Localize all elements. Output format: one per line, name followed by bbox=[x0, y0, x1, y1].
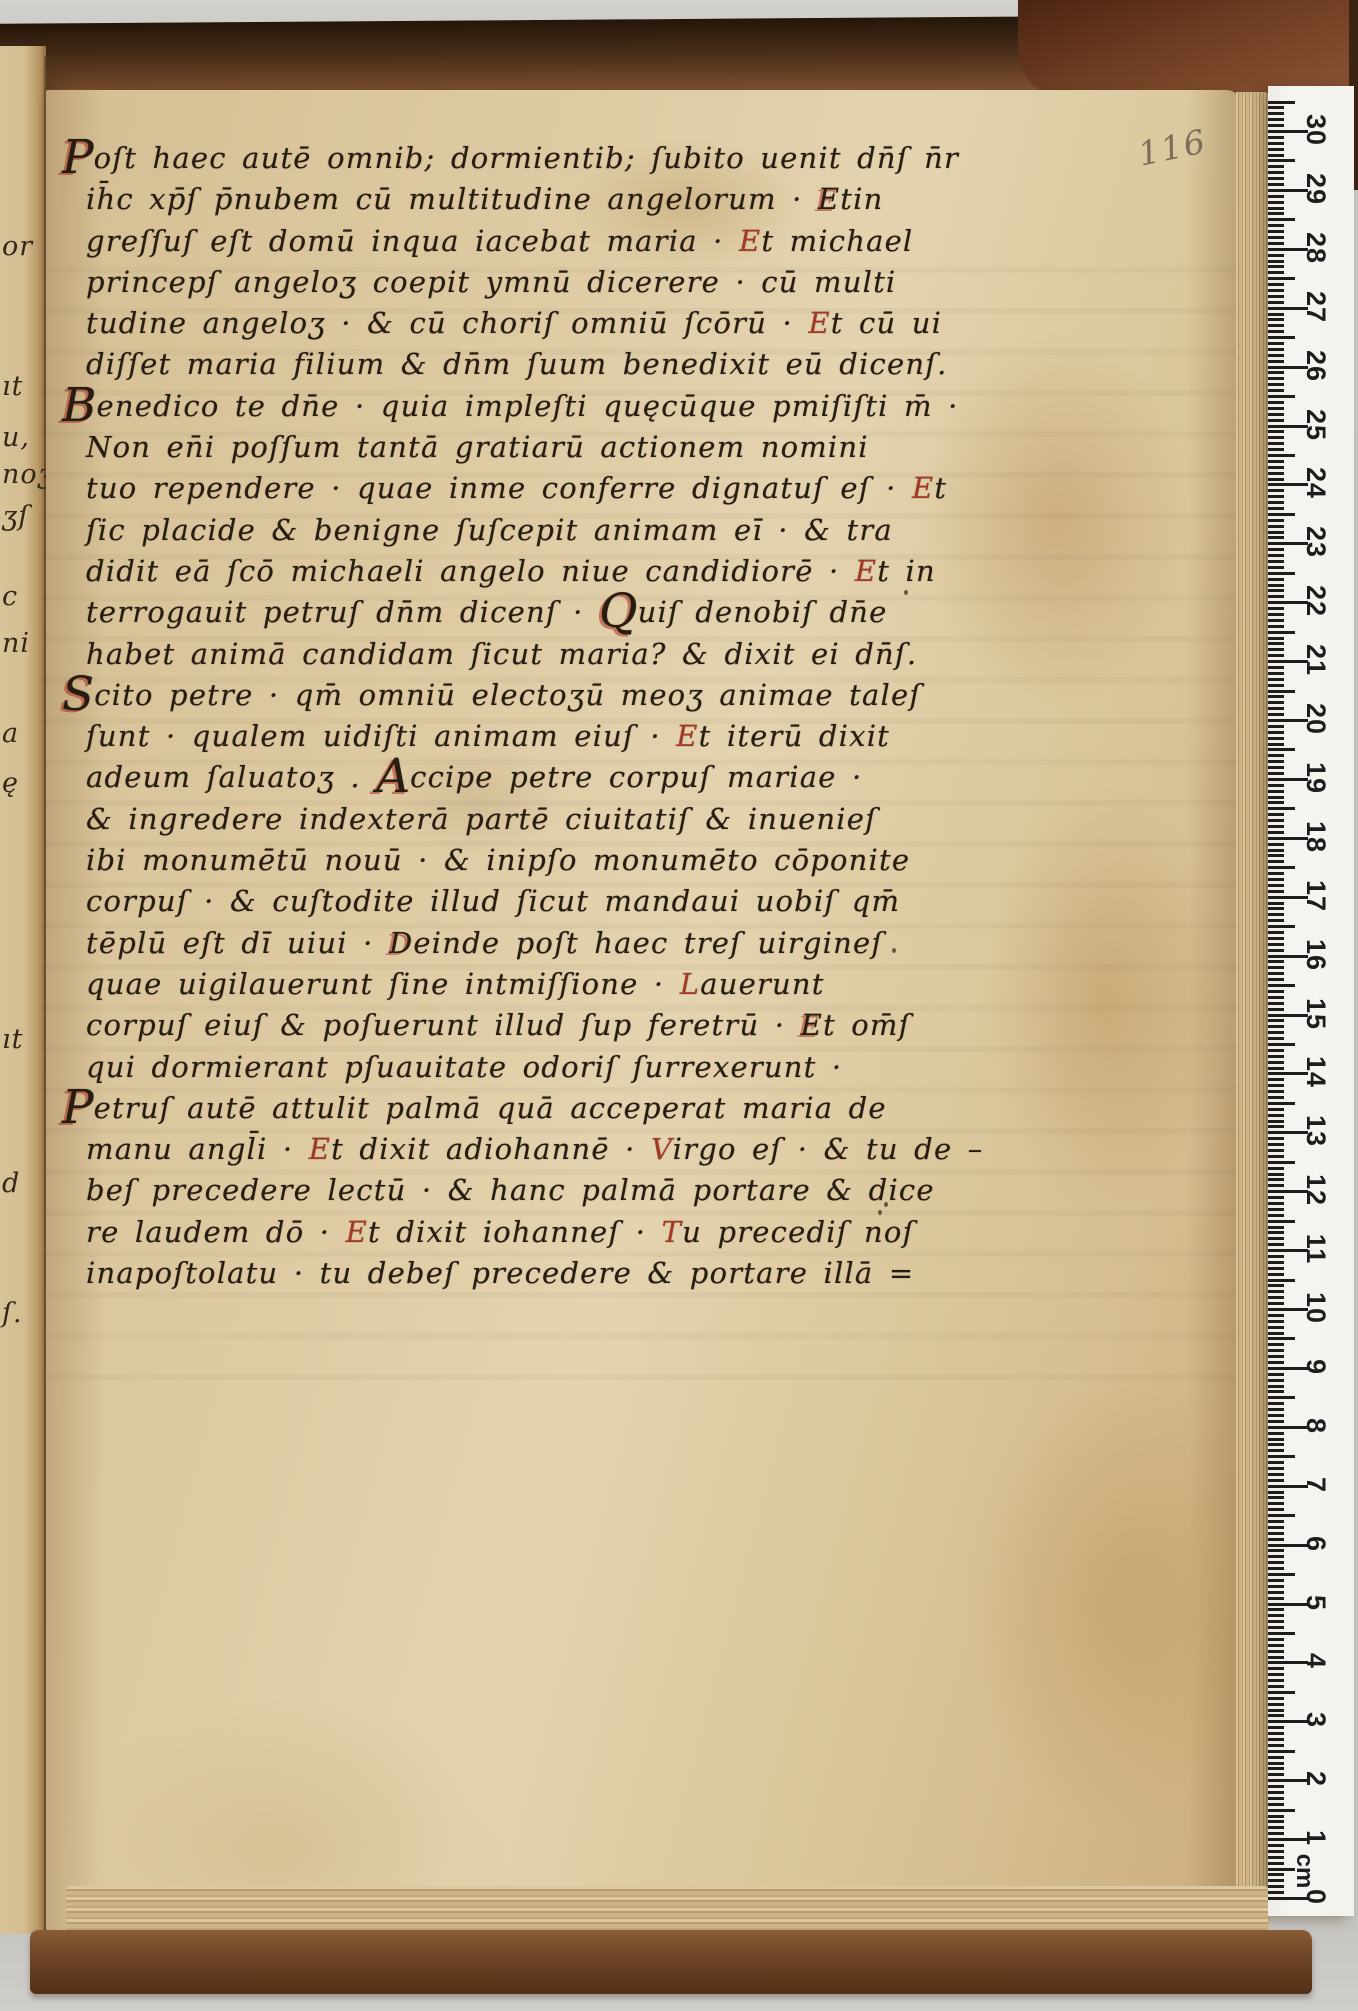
ruler-tick bbox=[1268, 348, 1284, 351]
text-segment: didit eā ſcō michaeli angelo niue candid… bbox=[86, 554, 855, 588]
ruler-number: 17 bbox=[1303, 874, 1329, 918]
ruler-tick bbox=[1268, 1067, 1284, 1070]
text-line: Non en̄i poſſum tantā gratiarū actionem … bbox=[62, 427, 992, 468]
ruler-tick bbox=[1268, 1844, 1284, 1847]
ruler-tick bbox=[1268, 813, 1284, 816]
ruler-tick bbox=[1268, 1408, 1284, 1411]
text-segment: princepſ angeloʒ coepit ymnū dicerere · … bbox=[86, 265, 896, 299]
ruler-tick bbox=[1268, 1361, 1284, 1364]
ruler-tick bbox=[1268, 183, 1284, 186]
ruler-tick bbox=[1268, 849, 1284, 852]
ruler-tick bbox=[1268, 1414, 1284, 1417]
facing-page-fragment: ıt bbox=[2, 371, 24, 402]
ruler-tick bbox=[1268, 554, 1284, 557]
ruler-tick bbox=[1268, 1231, 1284, 1234]
ruler-tick bbox=[1268, 289, 1284, 292]
ruler-tick bbox=[1268, 1379, 1284, 1382]
ruler-tick bbox=[1268, 489, 1284, 492]
ruler-tick bbox=[1268, 283, 1284, 286]
ruler-tick bbox=[1268, 548, 1284, 551]
ruler-tick bbox=[1268, 1491, 1284, 1494]
text-line: tudine angeloʒ · & cū choriſ omniū ſcōrū… bbox=[62, 303, 992, 344]
ruler-tick bbox=[1268, 931, 1284, 934]
ruler-tick bbox=[1268, 843, 1284, 846]
facing-page-fragment: d bbox=[2, 1168, 20, 1199]
ruler-tick bbox=[1268, 1809, 1295, 1812]
ruler-tick bbox=[1268, 430, 1284, 433]
text-segment: tin bbox=[840, 182, 883, 216]
text-segment: L bbox=[680, 967, 700, 1001]
ruler-tick bbox=[1268, 566, 1284, 569]
text-line: manu angl̄i · Et dixit adiohannē · Virgo… bbox=[62, 1129, 992, 1170]
facing-page-fragment: ſ. bbox=[2, 1298, 23, 1329]
ruler-tick bbox=[1268, 454, 1295, 457]
facing-page-fragment: ıt bbox=[2, 1024, 24, 1055]
text-line: quae uigilauerunt ſine intmiſſione · Lau… bbox=[62, 964, 992, 1005]
text-segment: D bbox=[389, 926, 413, 960]
ruler-tick bbox=[1268, 1461, 1284, 1464]
ruler-tick bbox=[1268, 236, 1284, 239]
ruler-tick bbox=[1268, 1102, 1295, 1105]
text-segment: auerunt bbox=[700, 967, 824, 1001]
ruler-tick bbox=[1268, 330, 1284, 333]
facing-page-fragment: ę bbox=[2, 768, 19, 799]
ruler-tick bbox=[1268, 831, 1284, 834]
text-line: Petruſ autē attulit palmā quā acceperat … bbox=[62, 1088, 992, 1129]
ruler-number: 29 bbox=[1303, 167, 1329, 211]
text-line: ſic placide & benigne ſuſcepit animam eī… bbox=[62, 510, 992, 551]
ruler-tick bbox=[1268, 1237, 1284, 1240]
ruler-tick bbox=[1268, 701, 1284, 704]
ruler-tick bbox=[1268, 966, 1284, 969]
ruler-tick bbox=[1268, 301, 1284, 304]
ruler-tick bbox=[1268, 466, 1284, 469]
text-segment: etruſ autē attulit palmā quā acceperat m… bbox=[94, 1091, 887, 1125]
ruler-tick bbox=[1268, 642, 1284, 645]
ruler-tick bbox=[1268, 1420, 1284, 1423]
ruler-number: 16 bbox=[1303, 933, 1329, 977]
ruler-tick bbox=[1268, 1143, 1284, 1146]
ruler-tick bbox=[1268, 560, 1284, 563]
ruler-tick bbox=[1268, 613, 1284, 616]
ruler-tick bbox=[1268, 1573, 1295, 1576]
ruler-tick bbox=[1268, 177, 1284, 180]
ruler-tick bbox=[1268, 978, 1284, 981]
ruler-tick bbox=[1268, 878, 1284, 881]
ruler-tick bbox=[1268, 1738, 1284, 1741]
text-segment: E bbox=[676, 719, 698, 753]
ruler-tick bbox=[1268, 1520, 1284, 1523]
ruler-tick bbox=[1268, 1402, 1284, 1405]
text-segment: T bbox=[662, 1215, 683, 1249]
ruler-tick bbox=[1268, 1597, 1284, 1600]
initial-letter: S bbox=[62, 667, 94, 722]
ruler-tick bbox=[1268, 772, 1284, 775]
text-segment: tuo rependere · quae inme conferre digna… bbox=[86, 471, 912, 505]
ruler-tick bbox=[1268, 171, 1284, 174]
ruler-tick bbox=[1268, 1155, 1284, 1158]
ruler-number: 25 bbox=[1303, 403, 1329, 447]
text-line: qui dormierant pſuauitate odoriſ ſurrexe… bbox=[62, 1047, 992, 1088]
text-segment: t michael bbox=[761, 224, 913, 258]
ruler-tick bbox=[1268, 960, 1284, 963]
ruler-tick bbox=[1268, 1114, 1284, 1117]
text-segment: E bbox=[346, 1215, 368, 1249]
ruler-tick bbox=[1268, 1626, 1284, 1629]
ruler-tick bbox=[1268, 1296, 1284, 1299]
ruler-tick bbox=[1268, 1025, 1284, 1028]
ruler-tick bbox=[1268, 1120, 1284, 1123]
ruler-tick bbox=[1268, 666, 1284, 669]
ruler-tick bbox=[1268, 1255, 1284, 1258]
ruler-number: 8 bbox=[1303, 1404, 1329, 1448]
ruler-number: 6 bbox=[1303, 1522, 1329, 1566]
facing-page-fragment: u, bbox=[2, 422, 30, 453]
ruler-tick bbox=[1268, 159, 1295, 162]
ruler-tick bbox=[1268, 1561, 1284, 1564]
ruler-tick bbox=[1268, 1549, 1284, 1552]
facing-page-fragment: ni bbox=[2, 628, 30, 659]
ruler-tick bbox=[1268, 519, 1284, 522]
text-segment: Non en̄i poſſum tantā gratiarū actionem … bbox=[86, 430, 869, 464]
ruler-tick bbox=[1268, 1667, 1284, 1670]
ruler-tick bbox=[1268, 1037, 1284, 1040]
initial-letter: P bbox=[62, 1080, 94, 1135]
ruler-tick bbox=[1268, 1396, 1295, 1399]
ruler-tick bbox=[1268, 925, 1295, 928]
ruler-tick bbox=[1268, 860, 1284, 863]
text-line: tuo rependere · quae inme conferre digna… bbox=[62, 468, 992, 509]
ruler-number: 19 bbox=[1303, 756, 1329, 800]
ruler-tick bbox=[1268, 584, 1284, 587]
ruler-tick bbox=[1268, 1438, 1284, 1441]
ruler-tick bbox=[1268, 684, 1284, 687]
ruler-tick bbox=[1268, 1656, 1284, 1659]
ruler-tick bbox=[1268, 436, 1284, 439]
ruler-tick bbox=[1268, 419, 1284, 422]
ruler-tick bbox=[1268, 1620, 1284, 1623]
ruler-tick bbox=[1268, 1514, 1295, 1517]
facing-page-sliver: orıtu,noʒʒſcniaęıtdſ. bbox=[0, 46, 46, 1934]
ruler-number: 4 bbox=[1303, 1639, 1329, 1683]
ruler-tick bbox=[1268, 501, 1284, 504]
ruler-tick bbox=[1268, 1008, 1284, 1011]
ruler-number: 13 bbox=[1303, 1109, 1329, 1153]
ruler-tick bbox=[1268, 1043, 1295, 1046]
ruler-tick bbox=[1268, 1773, 1284, 1776]
text-segment: t bbox=[934, 471, 947, 505]
ruler-tick bbox=[1268, 672, 1284, 675]
initial-letter: A bbox=[376, 749, 410, 804]
ruler-tick bbox=[1268, 637, 1284, 640]
ruler-tick bbox=[1268, 607, 1284, 610]
ruler-tick bbox=[1268, 1614, 1284, 1617]
ruler-tick bbox=[1268, 1502, 1284, 1505]
text-segment: corpuſ · & cuſtodite illud ſicut mandaui… bbox=[86, 884, 900, 918]
ruler-tick bbox=[1268, 1791, 1284, 1794]
ruler-tick bbox=[1268, 1332, 1284, 1335]
ruler-tick bbox=[1268, 277, 1295, 280]
ruler-tick bbox=[1268, 1273, 1284, 1276]
ruler-tick bbox=[1268, 1084, 1284, 1087]
ruler-tick bbox=[1268, 1644, 1284, 1647]
ruler-tick bbox=[1268, 1555, 1284, 1558]
ruler-tick bbox=[1268, 1567, 1284, 1570]
ruler-number: 23 bbox=[1303, 520, 1329, 564]
text-line: beſ precedere lectū · & hanc palmā porta… bbox=[62, 1170, 992, 1211]
ruler-number: 18 bbox=[1303, 815, 1329, 859]
ruler-number: 14 bbox=[1303, 1050, 1329, 1094]
text-segment: E bbox=[801, 1008, 823, 1042]
ruler-tick bbox=[1268, 360, 1284, 363]
ruler-tick bbox=[1268, 972, 1284, 975]
ruler-tick bbox=[1268, 1220, 1295, 1223]
ruler-tick bbox=[1268, 371, 1284, 374]
ruler-tick bbox=[1268, 1756, 1284, 1759]
ruler-tick bbox=[1268, 1496, 1284, 1499]
ruler-tick bbox=[1268, 1167, 1284, 1170]
ruler-tick bbox=[1268, 996, 1284, 999]
ruler-tick bbox=[1268, 207, 1284, 210]
ruler-tick bbox=[1268, 1349, 1284, 1352]
initial-letter: B bbox=[62, 378, 97, 433]
ruler-tick bbox=[1268, 902, 1284, 905]
ruler-tick bbox=[1268, 1302, 1284, 1305]
ruler-tick bbox=[1268, 1608, 1284, 1611]
ruler-tick bbox=[1268, 990, 1284, 993]
text-segment: re laudem dō · bbox=[86, 1215, 346, 1249]
text-segment: einde poſt haec treſ uirgineſ bbox=[413, 926, 883, 960]
text-segment: inapoſtolatu · tu debeſ precedere & port… bbox=[86, 1256, 914, 1290]
ruler-number: 27 bbox=[1303, 285, 1329, 329]
ruler-tick bbox=[1268, 1532, 1284, 1535]
text-segment: ih̄c xp̄ſ p̄nubem cū multitudine angelor… bbox=[86, 182, 818, 216]
ruler-tick bbox=[1268, 460, 1284, 463]
text-line: re laudem dō · Et dixit iohanneſ · Tu pr… bbox=[62, 1212, 992, 1253]
ruler-tick bbox=[1268, 1019, 1284, 1022]
ruler-tick bbox=[1268, 124, 1284, 127]
facing-page-fragment: c bbox=[2, 581, 18, 612]
ruler-tick bbox=[1268, 1390, 1284, 1393]
text-segment: adeum ſaluatoʒ . bbox=[86, 760, 376, 794]
ruler-tick bbox=[1268, 413, 1284, 416]
text-segment: corpuſ eiuſ & poſuerunt illud ſup feretr… bbox=[86, 1008, 801, 1042]
ruler-tick bbox=[1268, 690, 1295, 693]
text-segment: E bbox=[309, 1132, 331, 1166]
text-line: adeum ſaluatoʒ . Accipe petre corpuſ mar… bbox=[62, 757, 992, 798]
ink-speck bbox=[904, 590, 908, 595]
ruler-cm-label: cm bbox=[1292, 1849, 1316, 1893]
ruler-tick bbox=[1268, 254, 1284, 257]
ruler-tick bbox=[1268, 619, 1284, 622]
text-segment: V bbox=[651, 1132, 673, 1166]
ruler-tick bbox=[1268, 937, 1284, 940]
ruler-tick bbox=[1268, 1591, 1284, 1594]
ruler-tick bbox=[1268, 212, 1284, 215]
initial-letter: P bbox=[62, 130, 94, 185]
facing-page-fragment: a bbox=[2, 718, 19, 749]
ruler-tick bbox=[1268, 106, 1284, 109]
ruler-tick bbox=[1268, 1279, 1295, 1282]
text-segment: oſt haec autē omnib; dormientib; ſubito … bbox=[94, 141, 959, 175]
ruler-tick bbox=[1268, 943, 1284, 946]
ruler-tick bbox=[1268, 790, 1284, 793]
ruler-tick bbox=[1268, 342, 1284, 345]
ruler-tick bbox=[1268, 165, 1284, 168]
ruler-tick bbox=[1268, 737, 1284, 740]
text-segment: ſic placide & benigne ſuſcepit animam eī… bbox=[86, 513, 893, 547]
ruler-tick bbox=[1268, 801, 1284, 804]
ruler-tick bbox=[1268, 531, 1284, 534]
ruler-tick bbox=[1268, 377, 1284, 380]
ruler-tick bbox=[1268, 224, 1284, 227]
text-line: & ingredere indexterā partē ciuitatiſ & … bbox=[62, 799, 992, 840]
text-segment: ſunt · qualem uidiſti animam eiuſ · bbox=[86, 719, 676, 753]
ruler-tick bbox=[1268, 1632, 1295, 1635]
ruler-tick bbox=[1268, 1373, 1284, 1376]
ruler-tick bbox=[1268, 819, 1284, 822]
ruler-tick bbox=[1268, 513, 1295, 516]
ruler-tick bbox=[1268, 1196, 1284, 1199]
text-line: Scito petre · qm̄ omniū electoʒū meoʒ an… bbox=[62, 675, 992, 716]
text-line: ih̄c xp̄ſ p̄nubem cū multitudine angelor… bbox=[62, 179, 992, 220]
ruler-tick bbox=[1268, 1832, 1284, 1835]
text-segment: qui dormierant pſuauitate odoriſ ſurrexe… bbox=[86, 1050, 842, 1084]
text-line: corpuſ eiuſ & poſuerunt illud ſup feretr… bbox=[62, 1005, 992, 1046]
ruler-tick bbox=[1268, 949, 1284, 952]
ruler-tick bbox=[1268, 1856, 1284, 1859]
text-segment: t iterū dixit bbox=[699, 719, 890, 753]
ruler-tick bbox=[1268, 731, 1284, 734]
ruler-tick bbox=[1268, 1108, 1284, 1111]
ruler-tick bbox=[1268, 1826, 1284, 1829]
ruler-number: 9 bbox=[1303, 1345, 1329, 1389]
text-segment: terrogauit petruſ dn̄m dicenſ · bbox=[86, 595, 599, 629]
ruler-tick bbox=[1268, 1432, 1284, 1435]
ruler-tick bbox=[1268, 1732, 1284, 1735]
ruler-tick bbox=[1268, 1149, 1284, 1152]
ruler-tick bbox=[1268, 1579, 1284, 1582]
ruler-tick bbox=[1268, 1767, 1284, 1770]
initial-letter: Q bbox=[599, 584, 638, 639]
ruler-tick bbox=[1268, 313, 1284, 316]
ruler-tick bbox=[1268, 395, 1295, 398]
ruler-tick bbox=[1268, 1214, 1284, 1217]
ruler-tick bbox=[1268, 825, 1284, 828]
ruler-tick bbox=[1268, 1202, 1284, 1205]
ruler-tick bbox=[1268, 866, 1295, 869]
text-line: habet animā candidam ſicut maria? & dixi… bbox=[62, 634, 992, 675]
text-segment: t dixit iohanneſ · bbox=[368, 1215, 662, 1249]
ruler-tick bbox=[1268, 1709, 1284, 1712]
facing-page-fragment: ʒſ bbox=[2, 501, 29, 532]
ruler-tick bbox=[1268, 1744, 1284, 1747]
ruler-tick bbox=[1268, 625, 1284, 628]
text-segment: t om̄ſ bbox=[823, 1008, 911, 1042]
ruler-tick bbox=[1268, 766, 1284, 769]
ruler-tick bbox=[1268, 648, 1284, 651]
ruler-tick bbox=[1268, 1850, 1284, 1853]
ruler-number: 21 bbox=[1303, 638, 1329, 682]
ruler-tick bbox=[1268, 118, 1284, 121]
text-segment: irgo eſ · & tu de – bbox=[673, 1132, 984, 1166]
ruler-tick bbox=[1268, 136, 1284, 139]
ruler-tick bbox=[1268, 318, 1284, 321]
ruler-tick bbox=[1268, 1178, 1284, 1181]
ruler-tick bbox=[1268, 448, 1284, 451]
ruler-tick bbox=[1268, 1726, 1284, 1729]
ruler-tick bbox=[1268, 260, 1284, 263]
ruler-tick bbox=[1268, 784, 1284, 787]
ruler-tick bbox=[1268, 1585, 1284, 1588]
ruler-tick bbox=[1268, 495, 1284, 498]
ruler-tick bbox=[1268, 389, 1284, 392]
ruler-tick bbox=[1268, 1526, 1284, 1529]
ruler-tick bbox=[1268, 1473, 1284, 1476]
ruler-tick bbox=[1268, 760, 1284, 763]
ruler-tick bbox=[1268, 1031, 1284, 1034]
ruler-tick bbox=[1268, 1125, 1284, 1128]
text-line: tēplū eſt dī uiui · Deinde poſt haec tre… bbox=[62, 923, 992, 964]
ruler-tick bbox=[1268, 1090, 1284, 1093]
ruler-tick bbox=[1268, 1337, 1295, 1340]
ruler-number: 22 bbox=[1303, 579, 1329, 623]
ruler-tick bbox=[1268, 1691, 1295, 1694]
text-segment: & ingredere indexterā partē ciuitatiſ & … bbox=[86, 802, 877, 836]
text-segment: E bbox=[855, 554, 877, 588]
ruler-tick bbox=[1268, 195, 1284, 198]
ruler-tick bbox=[1268, 854, 1284, 857]
ruler-number: 24 bbox=[1303, 461, 1329, 505]
ruler-tick bbox=[1268, 442, 1284, 445]
ruler-tick bbox=[1268, 1261, 1284, 1264]
ruler-tick bbox=[1268, 1750, 1295, 1753]
text-segment: t in bbox=[877, 554, 936, 588]
ruler-tick bbox=[1268, 713, 1284, 716]
ruler-tick bbox=[1268, 572, 1295, 575]
ruler-tick bbox=[1268, 1538, 1284, 1541]
ruler-tick bbox=[1268, 1449, 1284, 1452]
ruler-tick bbox=[1268, 1055, 1284, 1058]
text-segment: enedico te dn̄e · quia impleſti quęcūque… bbox=[97, 389, 959, 423]
ruler-tick bbox=[1268, 1443, 1284, 1446]
ruler-tick bbox=[1268, 1284, 1284, 1287]
ruler-tick bbox=[1268, 695, 1284, 698]
ruler-tick bbox=[1268, 984, 1295, 987]
text-segment: E bbox=[912, 471, 934, 505]
photo-background: orıtu,noʒʒſcniaęıtdſ. Poſt haec autē omn… bbox=[0, 0, 1358, 2011]
ruler-tick bbox=[1268, 1161, 1295, 1164]
text-line: inapoſtolatu · tu debeſ precedere & port… bbox=[62, 1253, 992, 1294]
ink-speck bbox=[878, 1210, 882, 1215]
ruler-tick bbox=[1268, 101, 1295, 104]
text-segment: beſ precedere lectū · & hanc palmā porta… bbox=[86, 1173, 935, 1207]
text-line: princepſ angeloʒ coepit ymnū dicerere · … bbox=[62, 262, 992, 303]
ruler-tick bbox=[1268, 401, 1284, 404]
text-segment: uiſ denobiſ dn̄e bbox=[638, 595, 888, 629]
ruler-tick bbox=[1268, 1703, 1284, 1706]
fore-edge-pages bbox=[1236, 92, 1270, 1928]
text-segment: cito petre · qm̄ omniū electoʒū meoʒ ani… bbox=[94, 678, 921, 712]
ruler-tick bbox=[1268, 478, 1284, 481]
ruler-tick bbox=[1268, 1862, 1284, 1865]
text-segment: manu angl̄i · bbox=[86, 1132, 309, 1166]
ruler-tick bbox=[1268, 1467, 1284, 1470]
ruler-tick bbox=[1268, 1314, 1284, 1317]
ruler-tick bbox=[1268, 1479, 1284, 1482]
ruler-tick bbox=[1268, 796, 1284, 799]
ruler-tick bbox=[1268, 1638, 1284, 1641]
